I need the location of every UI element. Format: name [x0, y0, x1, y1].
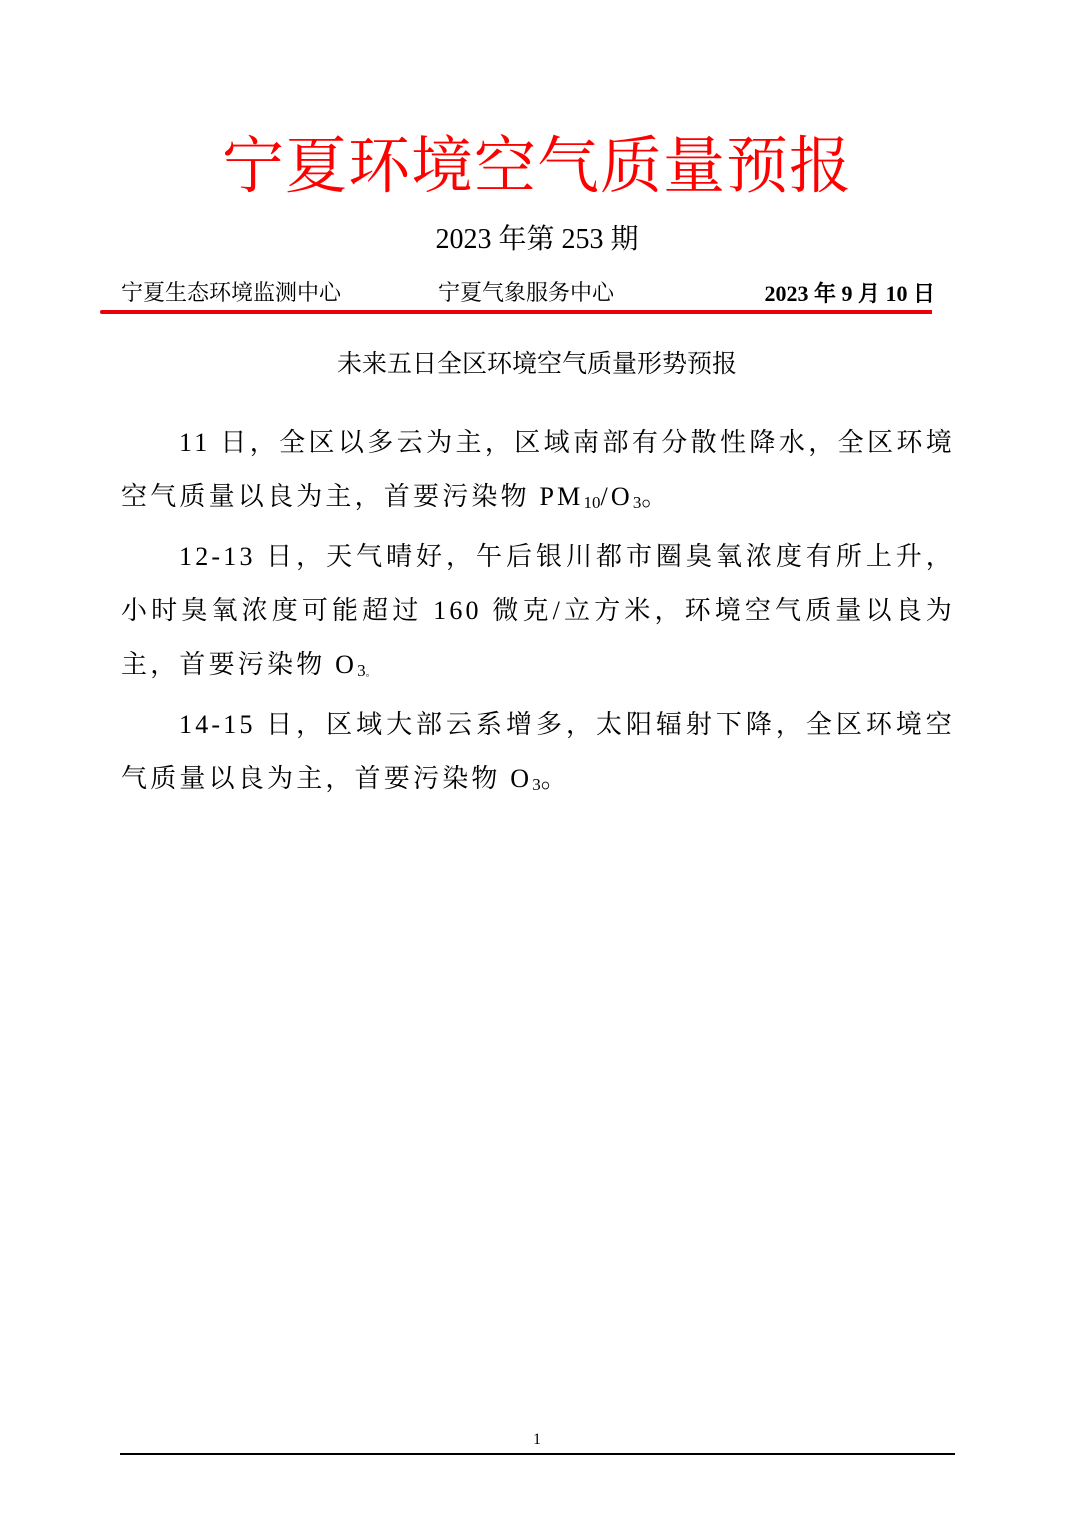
paragraph-text: /O: [600, 482, 632, 511]
forecast-paragraph-day-14-15: 14-15 日，区域大部云系增多，太阳辐射下降，全区环境空气质量以良为主，首要污…: [121, 698, 955, 806]
forecast-paragraph-day-11: 11 日，全区以多云为主，区域南部有分散性降水，全区环境空气质量以良为主，首要污…: [121, 416, 955, 524]
forecast-paragraph-day-12-13: 12-13 日，天气晴好，午后银川都市圈臭氧浓度有所上升，小时臭氧浓度可能超过 …: [121, 530, 955, 692]
paragraph-text: 。: [641, 482, 670, 511]
subscript: 3: [357, 661, 366, 680]
masthead-meta: 宁夏生态环境监测中心 宁夏气象服务中心 2023 年 9 月 10 日: [121, 276, 935, 312]
paragraph-text: 。: [541, 764, 570, 793]
subscript: 3: [532, 775, 541, 794]
subscript: 。: [366, 668, 376, 679]
publish-date: 2023 年 9 月 10 日: [764, 276, 935, 312]
footer-divider: [120, 1453, 955, 1455]
forecast-body: 11 日，全区以多云为主，区域南部有分散性降水，全区环境空气质量以良为主，首要污…: [121, 416, 955, 812]
paragraph-text: 12-13 日，天气晴好，午后银川都市圈臭氧浓度有所上升，小时臭氧浓度可能超过 …: [121, 542, 955, 679]
publisher-weather-center: 宁夏气象服务中心: [438, 276, 614, 312]
subscript: 10: [583, 493, 600, 512]
paragraph-text: 11 日，全区以多云为主，区域南部有分散性降水，全区环境空气质量以良为主，首要污…: [121, 428, 955, 511]
document-title: 宁夏环境空气质量预报: [0, 126, 1074, 206]
section-title: 未来五日全区环境空气质量形势预报: [0, 344, 1074, 384]
publisher-environment-center: 宁夏生态环境监测中心: [121, 276, 341, 312]
issue-number: 2023 年第 253 期: [0, 220, 1074, 260]
red-divider: [100, 310, 932, 314]
page-number: 1: [0, 1430, 1074, 1450]
